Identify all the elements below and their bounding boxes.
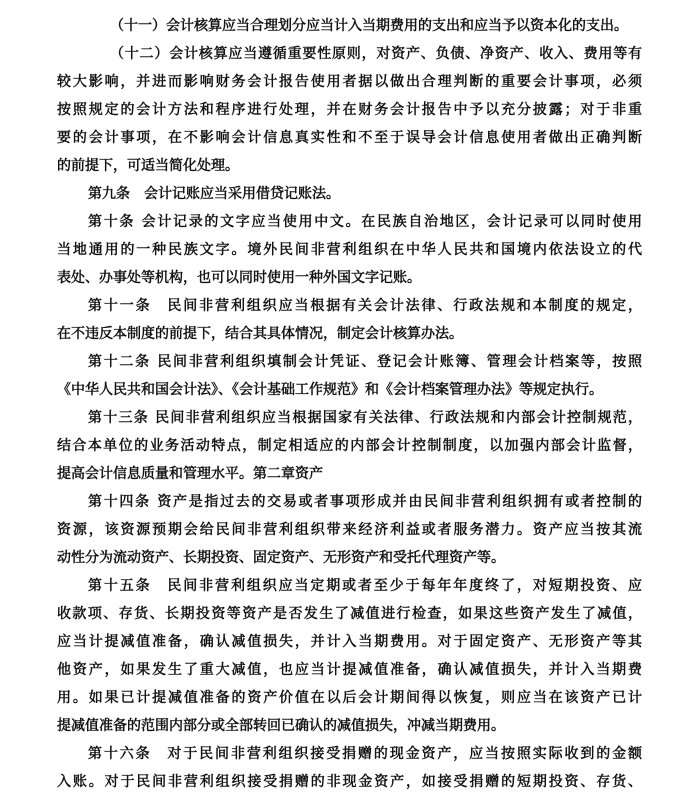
text-line: 用。如果已计提减值准备的资产价值在以后会计期间得以恢复，则应当在该资产已计 — [57, 684, 642, 712]
text-line: 表处、办事处等机构，也可以同时使用一种外国文字记账。 — [57, 264, 642, 292]
text-line: 第九条 会计记账应当采用借贷记账法。 — [57, 180, 642, 208]
text-line: （十二）会计核算应当遵循重要性原则，对资产、负债、净资产、收入、费用等有 — [57, 40, 642, 68]
text-line: 他资产，如果发生了重大减值，也应当计提减值准备，确认减值损失，并计入当期费 — [57, 656, 642, 684]
text-line: 的前提下，可适当简化处理。 — [57, 152, 642, 180]
text-line: 第十五条 民间非营利组织应当定期或者至少于每年年度终了，对短期投资、应 — [57, 572, 642, 600]
text-line: 动性分为流动资产、长期投资、固定资产、无形资产和受托代理资产等。 — [57, 544, 642, 572]
text-line: 《中华人民共和国会计法》、《会计基础工作规范》和《会计档案管理办法》等规定执行。 — [57, 376, 642, 404]
text-line: 按照规定的会计方法和程序进行处理，并在财务会计报告中予以充分披露；对于非重 — [57, 96, 642, 124]
text-line: 在不违反本制度的前提下，结合其具体情况，制定会计核算办法。 — [57, 320, 642, 348]
text-line: 第十二条 民间非营利组织填制会计凭证、登记会计账簿、管理会计档案等，按照 — [57, 348, 642, 376]
text-line: 收款项、存货、长期投资等资产是否发生了减值进行检查，如果这些资产发生了减值， — [57, 600, 642, 628]
document-page: （十一）会计核算应当合理划分应当计入当期费用的支出和应当予以资本化的支出。（十二… — [0, 0, 689, 810]
text-line: （十一）会计核算应当合理划分应当计入当期费用的支出和应当予以资本化的支出。 — [57, 12, 642, 40]
text-line: 第十条 会计记录的文字应当使用中文。在民族自治地区，会计记录可以同时使用 — [57, 208, 642, 236]
text-line: 提高会计信息质量和管理水平。第二章资产 — [57, 460, 642, 488]
text-line: 应当计提减值准备，确认减值损失，并计入当期费用。对于固定资产、无形资产等其 — [57, 628, 642, 656]
text-line: 资源，该资源预期会给民间非营利组织带来经济利益或者服务潜力。资产应当按其流 — [57, 516, 642, 544]
text-line: 较大影响，并进而影响财务会计报告使用者据以做出合理判断的重要会计事项，必须 — [57, 68, 642, 96]
text-line: 要的会计事项，在不影响会计信息真实性和不至于误导会计信息使用者做出正确判断 — [57, 124, 642, 152]
text-line: 第十三条 民间非营利组织应当根据国家有关法律、行政法规和内部会计控制规范， — [57, 404, 642, 432]
text-line: 结合本单位的业务活动特点，制定相适应的内部会计控制制度，以加强内部会计监督， — [57, 432, 642, 460]
text-line: 入账。对于民间非营利组织接受捐赠的非现金资产，如接受捐赠的短期投资、存货、 — [57, 768, 642, 796]
text-line: 第十六条 对于民间非营利组织接受捐赠的现金资产，应当按照实际收到的金额 — [57, 740, 642, 768]
text-line: 当地通用的一种民族文字。境外民间非营利组织在中华人民共和国境内依法设立的代 — [57, 236, 642, 264]
text-line: 第十一条 民间非营利组织应当根据有关会计法律、行政法规和本制度的规定， — [57, 292, 642, 320]
text-line: 提减值准备的范围内部分或全部转回已确认的减值损失，冲减当期费用。 — [57, 712, 642, 740]
text-line: 第十四条 资产是指过去的交易或者事项形成并由民间非营利组织拥有或者控制的 — [57, 488, 642, 516]
